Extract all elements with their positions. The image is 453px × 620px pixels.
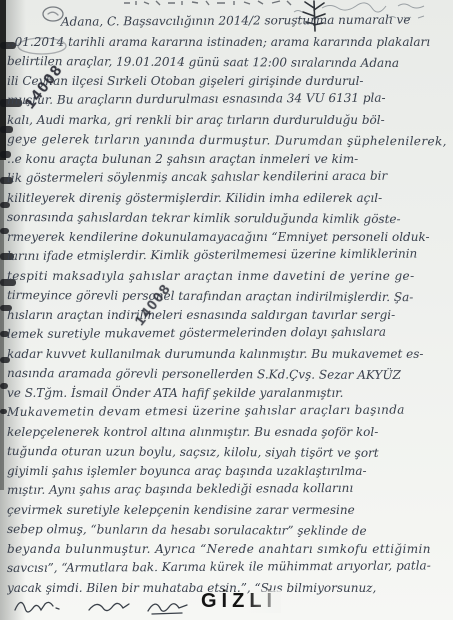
handwritten-line: ..01.2014 tarihli arama kararına istinad… [7, 33, 451, 53]
handwritten-line: sebep olmuş, “bunların da hesabı sorulac… [7, 520, 451, 542]
signature-scribble [12, 592, 72, 618]
cropped-header-remnant [122, 0, 302, 10]
handwritten-line: sonrasında şahıslardan tekrar kimlik sor… [7, 208, 451, 230]
handwritten-line: nasında aramada görevli personellerden S… [7, 364, 451, 386]
handwritten-line: çevirmek suretiyle kelepçenin kendisine … [7, 501, 451, 521]
signature-scribble [86, 596, 134, 618]
handwritten-line: kalı, Audi marka, gri renkli bir araç tı… [7, 111, 451, 131]
handwritten-line: tespiti maksadıyla şahıslar araçtan inme… [7, 267, 451, 287]
handwritten-line: kelepçelenerek kontrol altına alınmıştır… [7, 423, 451, 443]
handwritten-line: Mukavemetin devam etmesi üzerine şahısla… [7, 400, 451, 422]
handwritten-line: kadar kuvvet kullanılmak durumunda kalın… [7, 345, 451, 365]
signature-scribble [146, 596, 192, 618]
handwritten-line: kilitleyerek direniş göstermişlerdir. Ki… [7, 189, 451, 209]
handwritten-line: geye gelerek tırların yanında durmuştur.… [7, 130, 451, 152]
handwritten-line: tirmeyince görevli personel tarafından a… [7, 286, 451, 308]
handwritten-line: larını ifade etmişlerdir. Kimlik gösteri… [7, 244, 451, 266]
handwriting-body: Adana, C. Başsavcılığının 2014/2 soruştu… [7, 13, 451, 598]
handwritten-line: tuğunda oturan uzun boylu, saçsız, kilol… [7, 442, 451, 464]
handwritten-line: belirtilen araçlar, 19.01.2014 günü saat… [7, 52, 451, 74]
handwritten-line: savcısı”, “Armutlara bak. Karıma kürek i… [7, 556, 451, 578]
scan-edge-strip-lower [0, 160, 4, 490]
handwritten-line: lemek suretiyle mukavemet göstermelerind… [7, 322, 451, 344]
handwritten-line: mıştır. Aynı şahıs araç başında beklediğ… [7, 478, 451, 500]
handwritten-line: lik göstermeleri söylenmiş ancak şahısla… [7, 166, 451, 188]
classification-stamp: GİZLİ [201, 590, 277, 613]
handwritten-line: Adana, C. Başsavcılığının 2014/2 soruştu… [7, 10, 451, 32]
handwritten-line: muştur. Bu araçların durdurulması esnası… [7, 88, 451, 110]
scan-edge-strip [0, 0, 6, 160]
scan-blob [0, 409, 7, 414]
scanned-document-page: Adana, C. Başsavcılığının 2014/2 soruştu… [0, 0, 453, 620]
